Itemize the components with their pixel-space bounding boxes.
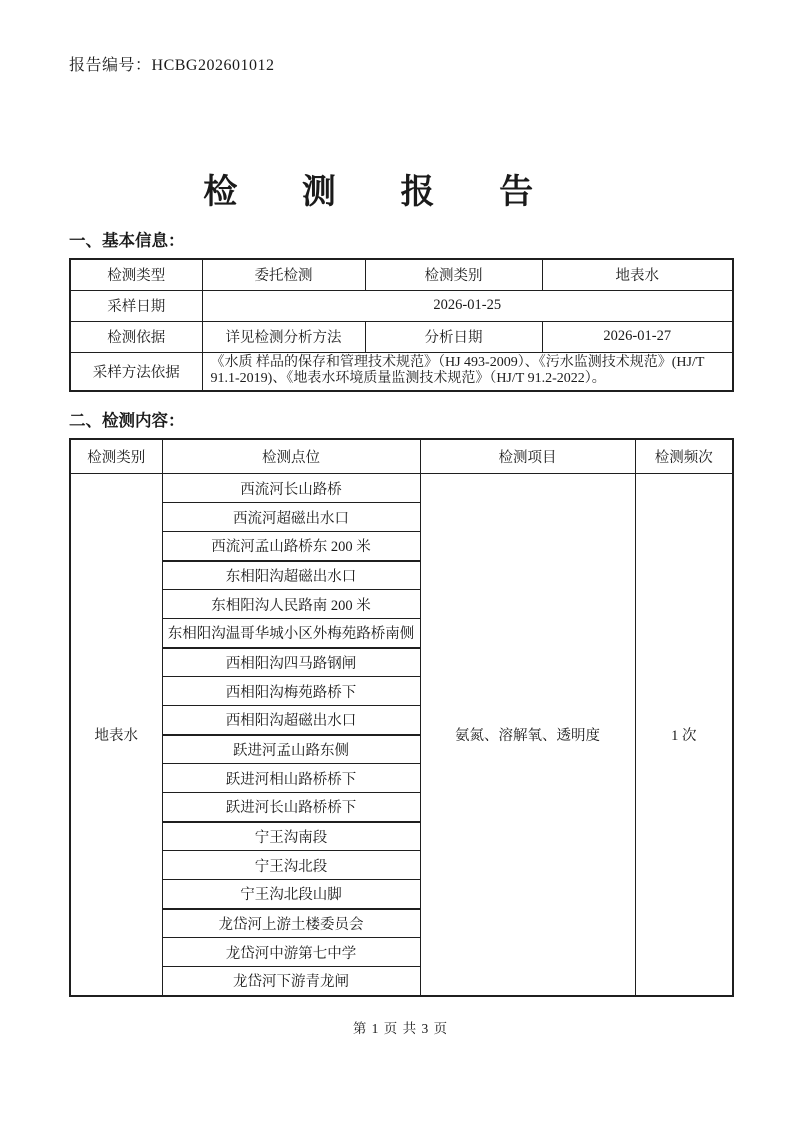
column-header-point: 检测点位 bbox=[162, 439, 420, 474]
test-basis-label-cell: 检测依据 bbox=[70, 321, 202, 352]
test-type-value-cell: 委托检测 bbox=[202, 259, 365, 290]
point-cell: 龙岱河上游土楼委员会 bbox=[162, 909, 420, 938]
point-cell: 东相阳沟人民路南 200 米 bbox=[162, 590, 420, 619]
category-cell: 地表水 bbox=[70, 474, 162, 996]
sampling-method-label-cell: 采样方法依据 bbox=[70, 352, 202, 391]
analysis-date-label-cell: 分析日期 bbox=[365, 321, 542, 352]
point-cell: 宁王沟北段 bbox=[162, 851, 420, 880]
page-footer: 第 1 页 共 3 页 bbox=[69, 1017, 732, 1037]
section-heading-content: 二、检测内容： bbox=[69, 410, 732, 432]
sampling-method-value-cell: 《水质 样品的保存和管理技术规范》（HJ 493-2009）、《污水监测技术规范… bbox=[202, 352, 733, 391]
point-cell: 宁王沟北段山脚 bbox=[162, 880, 420, 909]
point-cell: 宁王沟南段 bbox=[162, 822, 420, 851]
column-header-category: 检测类别 bbox=[70, 439, 162, 474]
content-table: 检测类别 检测点位 检测项目 检测频次 地表水 西流河长山路桥 氨氮、溶解氧、透… bbox=[69, 438, 734, 997]
content-table-header: 检测类别 检测点位 检测项目 检测频次 bbox=[70, 439, 733, 474]
sampling-date-value-cell: 2026-01-25 bbox=[202, 290, 733, 321]
point-cell: 龙岱河中游第七中学 bbox=[162, 938, 420, 967]
basic-info-row-3: 检测依据 详见检测分析方法 分析日期 2026-01-27 bbox=[70, 321, 733, 352]
projects-cell: 氨氮、溶解氧、透明度 bbox=[420, 474, 635, 996]
report-number-label: 报告编号： bbox=[69, 57, 152, 74]
test-category-label-cell: 检测类别 bbox=[365, 259, 542, 290]
point-cell: 跃进河相山路桥桥下 bbox=[162, 764, 420, 793]
point-cell: 西相阳沟梅苑路桥下 bbox=[162, 677, 420, 706]
test-basis-value-cell: 详见检测分析方法 bbox=[202, 321, 365, 352]
point-cell: 西流河孟山路桥东 200 米 bbox=[162, 532, 420, 561]
report-number-line: 报告编号：HCBG202601012 bbox=[69, 52, 732, 74]
report-number-value: HCBG202601012 bbox=[152, 57, 275, 74]
test-category-value-cell: 地表水 bbox=[542, 259, 733, 290]
point-cell: 西相阳沟四马路钢闸 bbox=[162, 648, 420, 677]
report-page: 报告编号：HCBG202601012 检测报告 一、基本信息： 检测类型 委托检… bbox=[0, 0, 800, 1131]
frequency-cell: 1 次 bbox=[635, 474, 733, 996]
section-heading-basic-info: 一、基本信息： bbox=[69, 230, 732, 252]
test-type-label-cell: 检测类型 bbox=[70, 259, 202, 290]
point-cell: 西流河长山路桥 bbox=[162, 474, 420, 503]
sampling-date-label-cell: 采样日期 bbox=[70, 290, 202, 321]
point-cell: 西相阳沟超磁出水口 bbox=[162, 706, 420, 735]
point-cell: 东相阳沟超磁出水口 bbox=[162, 561, 420, 590]
point-cell: 东相阳沟温哥华城小区外梅苑路桥南侧 bbox=[162, 619, 420, 648]
point-cell: 龙岱河下游青龙闸 bbox=[162, 967, 420, 996]
basic-info-table: 检测类型 委托检测 检测类别 地表水 采样日期 2026-01-25 检测依据 … bbox=[69, 258, 734, 392]
column-header-project: 检测项目 bbox=[420, 439, 635, 474]
basic-info-row-1: 检测类型 委托检测 检测类别 地表水 bbox=[70, 259, 733, 290]
basic-info-row-4: 采样方法依据 《水质 样品的保存和管理技术规范》（HJ 493-2009）、《污… bbox=[70, 352, 733, 391]
page-title: 检测报告 bbox=[69, 170, 732, 216]
table-row: 地表水 西流河长山路桥 氨氮、溶解氧、透明度 1 次 bbox=[70, 474, 733, 503]
basic-info-row-2: 采样日期 2026-01-25 bbox=[70, 290, 733, 321]
column-header-frequency: 检测频次 bbox=[635, 439, 733, 474]
point-cell: 跃进河长山路桥桥下 bbox=[162, 793, 420, 822]
analysis-date-value-cell: 2026-01-27 bbox=[542, 321, 733, 352]
point-cell: 跃进河孟山路东侧 bbox=[162, 735, 420, 764]
point-cell: 西流河超磁出水口 bbox=[162, 503, 420, 532]
